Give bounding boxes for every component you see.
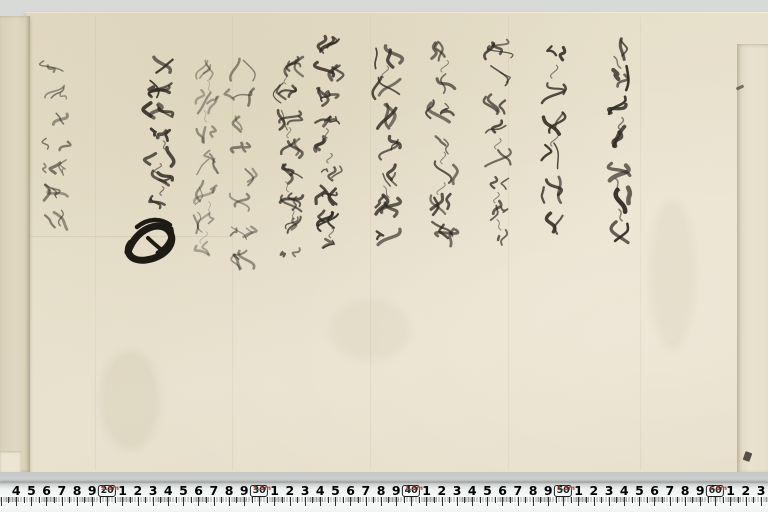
ruler-tick <box>328 497 329 503</box>
ruler-cm-number: 6 <box>42 483 50 498</box>
ruler-cm-number: 8 <box>377 483 385 498</box>
ruler-tick <box>138 497 139 506</box>
ruler-cm-number: 4 <box>316 483 324 498</box>
ruler-cm-number: 6 <box>650 483 658 498</box>
ruler-cm-number: 5 <box>635 483 643 498</box>
ruler-tick <box>282 497 283 503</box>
ruler-tick <box>320 497 321 506</box>
ruler-tick <box>632 497 633 503</box>
ruler-tick <box>510 497 511 503</box>
ruler-tick <box>730 497 731 506</box>
ruler-cm-number: 1 <box>422 483 430 498</box>
ruler-red-length-label: 1.5m <box>101 483 119 493</box>
calligraphy-column-8 <box>225 59 257 270</box>
ruler-tick <box>350 497 351 506</box>
ruler-tick <box>662 497 663 503</box>
ruler-cm-number: 7 <box>361 483 369 498</box>
ruler-tick <box>145 497 146 503</box>
ruler-tick <box>426 497 427 506</box>
ruler-tick <box>548 497 549 506</box>
ruler-tick <box>252 497 253 503</box>
ruler-cm-number: 6 <box>194 483 202 498</box>
ruler-tick <box>487 497 488 506</box>
ruler-tick <box>525 497 526 503</box>
calligraphy-column-10 <box>143 57 174 208</box>
ruler-cm-number: 3 <box>453 483 461 498</box>
ruler-tick <box>563 497 564 506</box>
ruler-cm-number: 3 <box>301 483 309 498</box>
ruler-tick <box>404 497 405 503</box>
calligraphy-column-9 <box>194 60 219 255</box>
ruler-cm-number: 8 <box>73 483 81 498</box>
ruler-tick <box>373 497 374 503</box>
ruler-tick <box>31 497 32 506</box>
ruler-tick <box>464 497 465 503</box>
ruler-tick <box>267 497 268 503</box>
ruler-tick <box>100 497 101 503</box>
ruler-tick <box>670 497 671 506</box>
ruler-tick <box>77 497 78 506</box>
ruler-tick <box>244 497 245 506</box>
ruler-cm-number: 3 <box>605 483 613 498</box>
ruler-red-length-label: 1.5m <box>253 483 271 493</box>
ruler-tick <box>738 497 739 503</box>
ruler-tick <box>396 497 397 506</box>
ruler-tick <box>434 497 435 503</box>
ruler-cm-number: 7 <box>209 483 217 498</box>
ruler-tick <box>46 497 47 506</box>
ruler-cm-number: 5 <box>179 483 187 498</box>
ruler-tick <box>343 497 344 503</box>
ruler-tick <box>419 497 420 503</box>
ruler-cm-number: 1 <box>270 483 278 498</box>
ruler-cm-number: 9 <box>696 483 704 498</box>
ruler-cm-number: 5 <box>27 483 35 498</box>
ruler-tick <box>312 497 313 503</box>
ruler-tick <box>107 497 108 506</box>
ruler-cm-number: 9 <box>88 483 96 498</box>
calligraphy-column-4 <box>426 42 458 246</box>
ruler-cm-number: 1 <box>574 483 582 498</box>
ruler-tick <box>457 497 458 506</box>
ruler-cm-number: 7 <box>665 483 673 498</box>
ruler-tick <box>761 497 762 506</box>
ruler-tick <box>305 497 306 506</box>
ruler-cm-number: 5 <box>331 483 339 498</box>
calligraphy-column-2 <box>542 46 566 234</box>
ruler-cm-number: 1 <box>726 483 734 498</box>
ruler-decade-number: 301.5m <box>250 485 268 497</box>
ruler-tick <box>388 497 389 503</box>
ruler-cm-number: 2 <box>589 483 597 498</box>
photograph: 456789201.5m123456789301.5m123456789401.… <box>0 0 768 512</box>
ruler-cm-number: 2 <box>133 483 141 498</box>
ruler-cm-number: 2 <box>741 483 749 498</box>
ruler-tick <box>624 497 625 506</box>
ruler-cm-number: 9 <box>240 483 248 498</box>
ruler-cm-number: 3 <box>757 483 765 498</box>
ruler-tick <box>411 497 412 506</box>
calligraphy-column-5 <box>373 46 403 245</box>
ruler-tick <box>24 497 25 503</box>
ruler-tick <box>685 497 686 506</box>
ruler-cm-number: 9 <box>544 483 552 498</box>
ruler-cm-number: 5 <box>483 483 491 498</box>
ruler-tick <box>746 497 747 506</box>
ruler-tick <box>62 497 63 506</box>
ruler-cm-number: 4 <box>164 483 172 498</box>
ruler-cm-number: 2 <box>437 483 445 498</box>
ruler-tick <box>259 497 260 506</box>
calligraphy-column-3 <box>484 40 513 245</box>
kao-signature-monogram <box>128 220 172 260</box>
calligraphy-column-7 <box>273 57 303 256</box>
ruler-cm-number: 8 <box>225 483 233 498</box>
ruler-tick <box>700 497 701 506</box>
ruler-tick <box>8 497 9 503</box>
ruler-tick <box>518 497 519 506</box>
ruler-tick <box>84 497 85 503</box>
calligraphy-column-6 <box>315 36 344 248</box>
ruler-cm-number: 2 <box>285 483 293 498</box>
calligraphy-column-11 <box>40 61 71 230</box>
ruler-tick <box>381 497 382 506</box>
ruler-cm-number: 7 <box>513 483 521 498</box>
ruler-tick <box>290 497 291 506</box>
ruler-tick <box>586 497 587 503</box>
ruler-cm-number: 8 <box>681 483 689 498</box>
ruler-tick <box>206 497 207 503</box>
ruler-tick <box>297 497 298 503</box>
ruler-tick <box>556 497 557 503</box>
ruler-cm-number: 4 <box>468 483 476 498</box>
ruler-red-length-label: 1.5m <box>709 483 727 493</box>
ruler-decade-number: 201.5m <box>98 485 116 497</box>
ruler-tick <box>715 497 716 506</box>
ruler-tick <box>578 497 579 506</box>
ruler-tick <box>153 497 154 506</box>
ruler-tick <box>708 497 709 503</box>
ruler-tick <box>692 497 693 503</box>
ruler-tick <box>639 497 640 506</box>
ruler-cm-number: 9 <box>392 483 400 498</box>
calligraphy-column-1 <box>608 39 630 243</box>
ruler-tick <box>115 497 116 503</box>
ruler-tick <box>1 497 2 506</box>
ruler-tick <box>274 497 275 506</box>
ruler-tick <box>540 497 541 503</box>
ruler-tick <box>480 497 481 503</box>
ruler-cm-number: 1 <box>118 483 126 498</box>
ruler-tick <box>472 497 473 506</box>
ruler-tick <box>54 497 55 503</box>
ruler-tick <box>39 497 40 503</box>
ruler-red-length-label: 1.5m <box>557 483 575 493</box>
ruler-tick <box>236 497 237 503</box>
ruler-tick <box>176 497 177 503</box>
ruler-tick <box>723 497 724 503</box>
ruler-tick <box>335 497 336 506</box>
ruler-tick <box>601 497 602 503</box>
ruler-tick <box>160 497 161 503</box>
ruler-cm-number: 7 <box>57 483 65 498</box>
ruler-cm-number: 3 <box>149 483 157 498</box>
ruler-tick <box>654 497 655 506</box>
tape-measure-ruler: 456789201.5m123456789301.5m123456789401.… <box>0 482 768 512</box>
ruler-tick <box>16 497 17 506</box>
ruler-tick <box>130 497 131 503</box>
ruler-tick <box>358 497 359 503</box>
ruler-tick <box>366 497 367 506</box>
ruler-tick <box>616 497 617 503</box>
ruler-tick <box>198 497 199 506</box>
ruler-tick <box>647 497 648 503</box>
ruler-cm-number: 6 <box>346 483 354 498</box>
ruler-tick <box>442 497 443 506</box>
ruler-tick <box>502 497 503 506</box>
ruler-tick <box>191 497 192 503</box>
ruler-tick <box>533 497 534 506</box>
ruler-cm-number: 4 <box>12 483 20 498</box>
ruler-tick <box>214 497 215 506</box>
ruler-tick <box>495 497 496 503</box>
ruler-tick <box>168 497 169 506</box>
ruler-cm-number: 8 <box>529 483 537 498</box>
ruler-tick <box>221 497 222 503</box>
ruler-tick <box>229 497 230 506</box>
ruler-tick <box>594 497 595 506</box>
ruler-cm-number: 4 <box>620 483 628 498</box>
ruler-decade-number: 501.5m <box>554 485 572 497</box>
ruler-cm-number: 6 <box>498 483 506 498</box>
ruler-tick <box>183 497 184 506</box>
ruler-decade-number: 601.5m <box>706 485 724 497</box>
ruler-tick <box>122 497 123 506</box>
ruler-tick <box>92 497 93 506</box>
ruler-tick <box>69 497 70 503</box>
ruler-decade-number: 401.5m <box>402 485 420 497</box>
ruler-tick <box>571 497 572 503</box>
ruler-tick <box>753 497 754 503</box>
ruler-tick <box>677 497 678 503</box>
ruler-tick <box>609 497 610 506</box>
calligraphy-layer <box>0 0 768 512</box>
ruler-red-length-label: 1.5m <box>405 483 423 493</box>
ruler-tick <box>449 497 450 503</box>
